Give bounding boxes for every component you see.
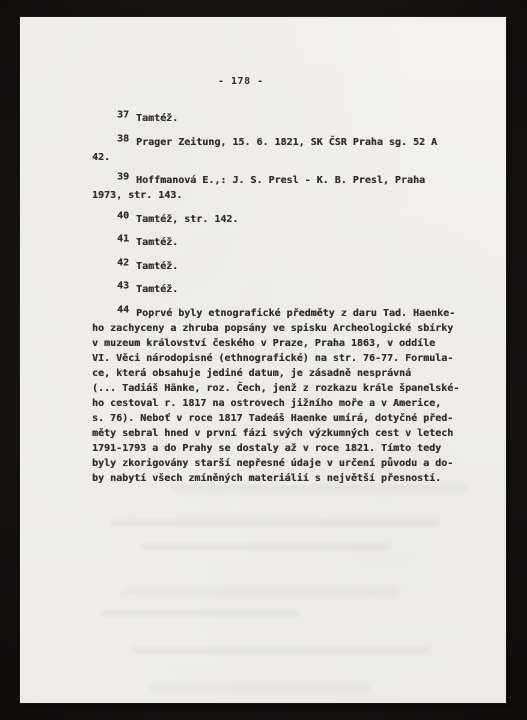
footnote-first-line: 40Tamtéž, str. 142. <box>92 212 484 227</box>
footnote-line: ho zachyceny a zhruba popsány ve spisku … <box>92 321 484 336</box>
footnote: 40Tamtéž, str. 142. <box>92 212 484 227</box>
footnote-line: 42. <box>92 150 484 165</box>
footnote-first-line: 38Prager Zeitung, 15. 6. 1821, SK ČSR Pr… <box>92 135 484 150</box>
footnote-line: ce, která obsahuje jediné datum, je zása… <box>92 366 484 381</box>
bleed-through-ghost-text <box>120 589 400 595</box>
footnote: 39Hoffmanová E.,: J. S. Presl - K. B. Pr… <box>92 173 484 203</box>
footnote-number: 44 <box>117 302 129 317</box>
footnote-number: 42 <box>117 255 129 270</box>
bleed-through-ghost-text <box>150 685 370 691</box>
footnote: 38Prager Zeitung, 15. 6. 1821, SK ČSR Pr… <box>92 135 484 165</box>
footnote-first-line: 39Hoffmanová E.,: J. S. Presl - K. B. Pr… <box>92 173 484 188</box>
footnote: 37Tamtéž. <box>92 111 484 126</box>
footnote: 42Tamtéž. <box>92 259 484 274</box>
footnote-line: v muzeum království českého v Praze, Pra… <box>92 336 484 351</box>
footnote-number: 38 <box>117 131 129 146</box>
footnote-number: 41 <box>117 232 129 247</box>
footnote-text: Tamtéž. <box>136 113 178 124</box>
footnote-text: Prager Zeitung, 15. 6. 1821, SK ČSR Prah… <box>136 137 437 148</box>
footnote-text: Tamtéž, str. 142. <box>136 214 238 225</box>
footnote-number: 43 <box>117 279 129 294</box>
footnote-line: by nabytí všech zmíněných materiálií s n… <box>92 471 484 486</box>
footnote-line: s. 76). Neboť v roce 1817 Tadeáš Haenke … <box>92 411 484 426</box>
footnote-text: Poprvé byly etnografické předměty z daru… <box>136 308 455 319</box>
footnote-text: Tamtéž. <box>136 284 178 295</box>
footnote-first-line: 44Poprvé byly etnografické předměty z da… <box>92 306 484 321</box>
footnote-line: byly zkorigovány starší nepřesné údaje v… <box>92 456 484 471</box>
footnote-number: 40 <box>117 208 129 223</box>
footnote-first-line: 42Tamtéž. <box>92 259 484 274</box>
footnote: 41Tamtéž. <box>92 235 484 250</box>
footnote-line: 1791-1793 a do Prahy se dostaly až v roc… <box>92 441 484 456</box>
footnote: 44Poprvé byly etnografické předměty z da… <box>92 306 484 486</box>
scanned-page: - 178 - 37Tamtéž. 38Prager Zeitung, 15. … <box>20 17 506 703</box>
footnote-line: VI. Věci národopisné (ethnografické) na … <box>92 351 484 366</box>
footnote-line: měty sebral hned v první fázi svých výzk… <box>92 426 484 441</box>
footnote-text: Tamtéž. <box>136 261 178 272</box>
footnote-first-line: 37Tamtéž. <box>92 111 484 126</box>
bleed-through-ghost-text <box>130 647 430 653</box>
footnotes: 37Tamtéž. 38Prager Zeitung, 15. 6. 1821,… <box>92 111 484 486</box>
footnote-first-line: 41Tamtéž. <box>92 235 484 250</box>
footnote: 43Tamtéž. <box>92 282 484 297</box>
footnote-number: 39 <box>117 170 129 185</box>
footnote-line: 1973, str. 143. <box>92 188 484 203</box>
footnote-line: ho cestoval r. 1817 na ostrovech jižního… <box>92 396 484 411</box>
bleed-through-ghost-text <box>100 611 300 617</box>
footnote-first-line: 43Tamtéž. <box>92 282 484 297</box>
photo-black-frame: - 178 - 37Tamtéž. 38Prager Zeitung, 15. … <box>0 0 527 720</box>
footnote-number: 37 <box>117 108 129 123</box>
footnote-text: Tamtéž. <box>136 237 178 248</box>
bleed-through-ghost-text <box>170 485 470 491</box>
page-number: - 178 - <box>218 76 264 87</box>
bleed-through-ghost-text <box>110 520 440 526</box>
bleed-through-ghost-text <box>140 543 390 549</box>
footnote-line: (... Tadiáš Hänke, roz. Čech, jenž z roz… <box>92 381 484 396</box>
footnote-text: Hoffmanová E.,: J. S. Presl - K. B. Pres… <box>136 175 425 186</box>
